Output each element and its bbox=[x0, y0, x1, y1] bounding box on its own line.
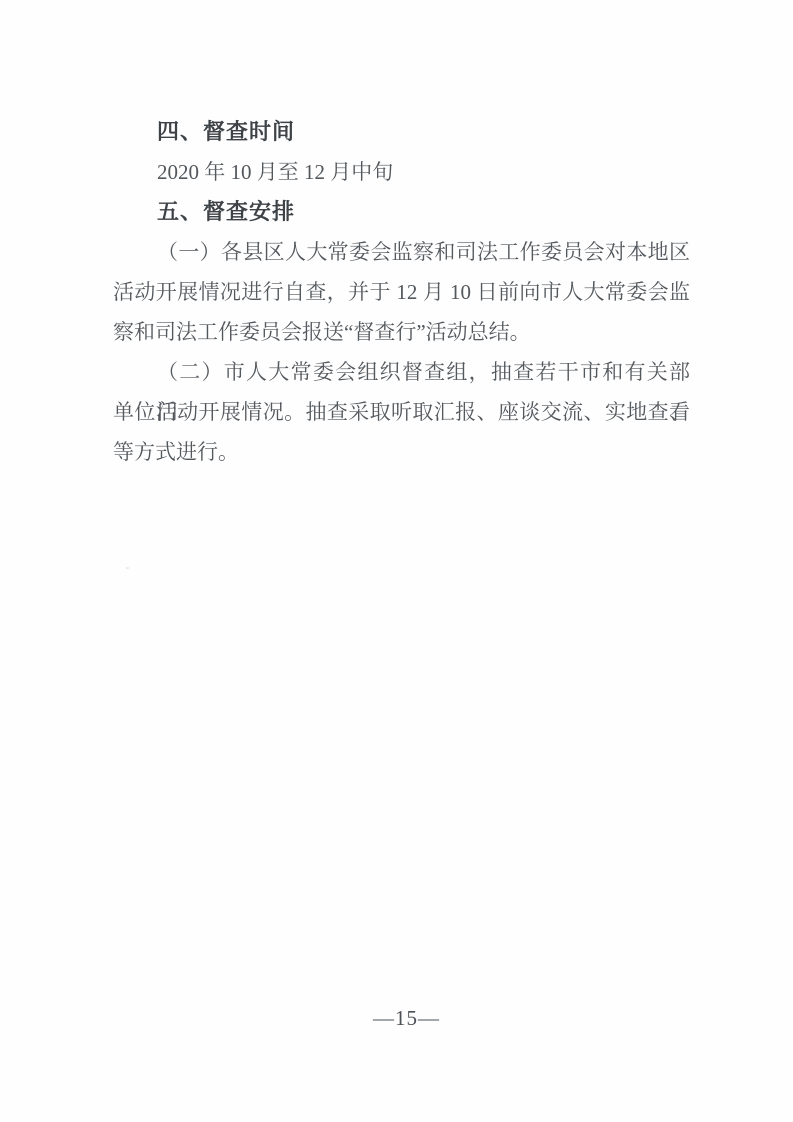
paragraph-2-line-2: 单位活动开展情况。抽查采取听取汇报、座谈交流、实地查看 bbox=[113, 392, 690, 432]
inspection-time-line: 2020 年 10 月至 12 月中旬 bbox=[113, 152, 690, 192]
scan-speckle bbox=[126, 567, 129, 569]
paragraph-2-line-3: 等方式进行。 bbox=[113, 432, 690, 472]
paragraph-1-line-1: （一）各县区人大常委会监察和司法工作委员会对本地区 bbox=[113, 232, 690, 272]
page-number: —15— bbox=[10, 1003, 793, 1033]
section-heading-4: 四、督查时间 bbox=[113, 112, 690, 152]
paragraph-1-line-3: 察和司法工作委员会报送“督查行”活动总结。 bbox=[113, 312, 690, 352]
paragraph-2-line-1: （二）市人大常委会组织督查组，抽查若干市和有关部门、 bbox=[113, 352, 690, 392]
section-heading-5: 五、督查安排 bbox=[113, 192, 690, 232]
document-page: 四、督查时间 2020 年 10 月至 12 月中旬 五、督查安排 （一）各县区… bbox=[0, 0, 793, 1122]
document-body: 四、督查时间 2020 年 10 月至 12 月中旬 五、督查安排 （一）各县区… bbox=[113, 112, 690, 472]
paragraph-1-line-2: 活动开展情况进行自查，并于 12 月 10 日前向市人大常委会监 bbox=[113, 272, 690, 312]
